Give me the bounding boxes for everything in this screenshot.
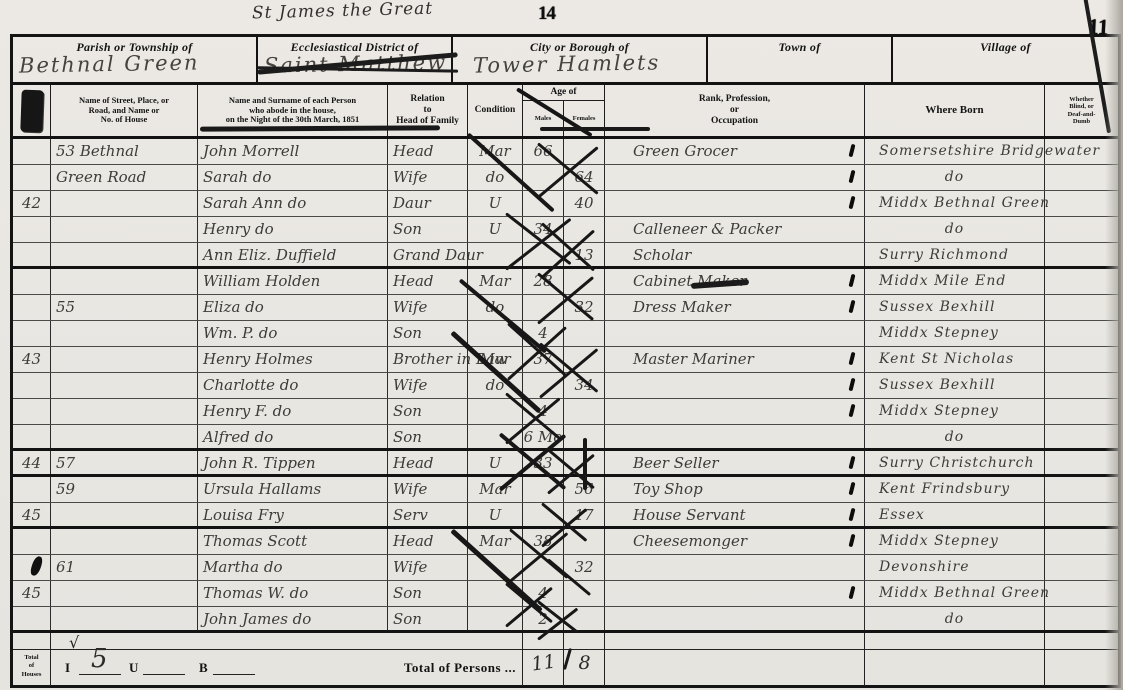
table-row: 45Thomas W. doSon4Middx Bethnal Green	[13, 581, 1118, 607]
cell-street	[51, 347, 198, 372]
cell-schedule-number: 43	[13, 347, 51, 372]
persons-total-males: 11	[522, 649, 566, 676]
cell-condition: U	[468, 503, 523, 526]
totals-row: Total of Houses I 5 U B Total of Persons…	[13, 650, 1118, 686]
cell-street	[51, 607, 198, 630]
village-cell: Village of	[893, 37, 1118, 82]
cell-schedule-number	[13, 607, 51, 630]
enumerator-tick-mark	[848, 144, 855, 158]
cell-name: Ursula Hallams	[198, 477, 388, 502]
pre-total-strip: √	[13, 633, 1118, 650]
cell-name: William Holden	[198, 269, 388, 294]
folio-number-center: 14	[538, 3, 555, 25]
cell-street	[51, 269, 198, 294]
cell-name: John Morrell	[198, 139, 388, 164]
cell-schedule-number: 44	[13, 451, 51, 474]
cell-occupation	[605, 191, 865, 216]
cell-schedule-number	[13, 165, 51, 190]
table-row: 42Sarah Ann doDaurU40Middx Bethnal Green	[13, 191, 1118, 217]
cell-relation: Wife	[388, 477, 468, 502]
cell-relation: Head	[388, 451, 468, 474]
cell-relation: Brother in Law	[388, 347, 468, 372]
cell-schedule-number	[13, 477, 51, 502]
cell-where-born: Somersetshire Bridgewater	[865, 139, 1045, 164]
uninhabited-letter: U	[129, 660, 138, 676]
cell-street	[51, 503, 198, 526]
table-row: 53 BethnalJohn MorrellHeadMar66Green Gro…	[13, 139, 1118, 165]
cell-name: Sarah do	[198, 165, 388, 190]
total-of-houses-label: Total of Houses	[13, 650, 51, 686]
table-row: Alfred doSon6 Modo	[13, 425, 1118, 451]
cell-occupation: Calleneer & Packer	[605, 217, 865, 242]
enumerator-tick-mark	[848, 482, 855, 496]
persons-total-females: 8	[564, 652, 605, 674]
cell-where-born: Surry Richmond	[865, 243, 1045, 266]
cell-relation: Head	[388, 269, 468, 294]
cell-where-born: do	[865, 425, 1045, 448]
cell-schedule-number	[13, 139, 51, 164]
cell-where-born: Middx Stepney	[865, 529, 1045, 554]
table-row: 43Henry HolmesBrother in LawMar37Master …	[13, 347, 1118, 373]
cell-occupation: Green Grocer	[605, 139, 865, 164]
cell-where-born: Middx Stepney	[865, 399, 1045, 424]
cell-occupation: Beer Seller	[605, 451, 865, 474]
enumerator-tick-mark	[848, 456, 855, 470]
cell-street	[51, 529, 198, 554]
town-cell: Town of	[708, 37, 893, 82]
cell-relation: Son	[388, 607, 468, 630]
parish-annotation: St James the Great	[252, 0, 434, 23]
cell-occupation	[605, 555, 865, 580]
cell-occupation	[605, 373, 865, 398]
cell-schedule-number	[13, 269, 51, 294]
cell-where-born: Essex	[865, 503, 1045, 526]
parish-value: Bethnal Green	[19, 50, 200, 77]
cell-relation: Wife	[388, 165, 468, 190]
cell-age-females	[564, 399, 605, 424]
enumerator-tick-mark	[848, 352, 855, 366]
cell-street: Green Road	[51, 165, 198, 190]
enumerator-tick-mark	[848, 508, 855, 522]
inhabited-letter: I	[65, 660, 70, 676]
cell-condition: U	[468, 451, 523, 474]
cell-where-born: Middx Mile End	[865, 269, 1045, 294]
inhabited-total-value: 5	[91, 644, 108, 674]
cell-street: 61	[51, 555, 198, 580]
cell-age-females	[564, 581, 605, 606]
parish-cell: Parish or Township of Bethnal Green	[13, 37, 258, 82]
cell-name: Sarah Ann do	[198, 191, 388, 216]
enumerator-tick-mark	[848, 196, 855, 210]
table-row: Henry F. doSon4Middx Stepney	[13, 399, 1118, 425]
cell-where-born: Middx Stepney	[865, 321, 1045, 346]
enumerator-tick-mark	[848, 170, 855, 184]
cell-schedule-number	[13, 243, 51, 266]
cell-relation: Son	[388, 399, 468, 424]
cell-name: Charlotte do	[198, 373, 388, 398]
enumerator-tick-mark	[848, 404, 855, 418]
cell-schedule-number: 42	[13, 191, 51, 216]
census-scan-page: St James the Great 14 11 Parish or Towns…	[0, 0, 1123, 690]
cell-street	[51, 217, 198, 242]
cell-relation: Son	[388, 581, 468, 606]
cell-occupation	[605, 399, 865, 424]
cell-relation: Son	[388, 217, 468, 242]
cell-occupation	[605, 165, 865, 190]
cell-schedule-number	[13, 321, 51, 346]
cell-occupation	[605, 321, 865, 346]
cell-street: 53 Bethnal	[51, 139, 198, 164]
cell-where-born: do	[865, 607, 1045, 630]
cell-occupation: Master Mariner	[605, 347, 865, 372]
cell-street	[51, 373, 198, 398]
enumerator-tick-mark	[848, 378, 855, 392]
cell-street	[51, 243, 198, 266]
city-borough-value: Tower Hamlets	[473, 50, 661, 77]
cell-relation: Wife	[388, 373, 468, 398]
cell-occupation	[605, 425, 865, 448]
cell-street	[51, 581, 198, 606]
enumerator-tick-mark	[848, 534, 855, 548]
cell-name: Louisa Fry	[198, 503, 388, 526]
cell-occupation: Toy Shop	[605, 477, 865, 502]
table-row: Wm. P. doSon4Middx Stepney	[13, 321, 1118, 347]
cell-condition: U	[468, 191, 523, 216]
cell-name: Wm. P. do	[198, 321, 388, 346]
cell-where-born: Surry Christchurch	[865, 451, 1045, 474]
cell-where-born: do	[865, 217, 1045, 242]
enumerator-tick-mark	[848, 586, 855, 600]
cell-where-born: Sussex Bexhill	[865, 295, 1045, 320]
cell-name: Thomas Scott	[198, 529, 388, 554]
cell-where-born: Devonshire	[865, 555, 1045, 580]
cell-where-born: do	[865, 165, 1045, 190]
cell-where-born: Kent Frindsbury	[865, 477, 1045, 502]
cell-street: 57	[51, 451, 198, 474]
cell-occupation	[605, 607, 865, 630]
total-of-persons-label: Total of Persons ...	[404, 660, 516, 676]
cell-occupation: Cabinet Maker	[605, 269, 865, 294]
cell-name: Henry F. do	[198, 399, 388, 424]
cell-street	[51, 425, 198, 448]
cell-relation: Wife	[388, 295, 468, 320]
cell-age-females: 34	[564, 373, 605, 398]
census-table: Parish or Township of Bethnal Green Eccl…	[10, 34, 1121, 688]
cell-name: Henry do	[198, 217, 388, 242]
houses-total-line: I 5 U B Total of Persons ... 11 8	[51, 650, 1118, 686]
cell-occupation: Dress Maker	[605, 295, 865, 320]
cell-schedule-number	[13, 399, 51, 424]
page-edge-shadow	[1105, 0, 1123, 690]
enumerator-tick-mark	[848, 274, 855, 288]
place-header-band: Parish or Township of Bethnal Green Eccl…	[13, 37, 1118, 85]
cell-schedule-number	[13, 295, 51, 320]
cell-relation: Serv	[388, 503, 468, 526]
cell-street	[51, 321, 198, 346]
cell-street: 55	[51, 295, 198, 320]
tally-mark	[583, 438, 587, 490]
census-body: 53 BethnalJohn MorrellHeadMar66Green Gro…	[13, 139, 1118, 633]
cell-relation: Grand Daur	[388, 243, 468, 266]
cell-name: Thomas W. do	[198, 581, 388, 606]
cell-schedule-number: 45	[13, 581, 51, 606]
cell-where-born: Middx Bethnal Green	[865, 191, 1045, 216]
schedule-header-smudge	[20, 89, 43, 132]
building-letter: B	[199, 660, 208, 676]
schedule-column-header	[13, 85, 51, 136]
cell-street	[51, 399, 198, 424]
city-borough-cell: City or Borough of Tower Hamlets	[453, 37, 708, 82]
village-label: Village of	[893, 37, 1118, 55]
street-column-header: Name of Street, Place, or Road, and Name…	[51, 85, 198, 136]
cell-name: Martha do	[198, 555, 388, 580]
cell-occupation: Cheesemonger	[605, 529, 865, 554]
condition-column-header: Condition	[468, 85, 523, 136]
where-born-column-header: Where Born	[865, 85, 1045, 136]
cell-where-born: Kent St Nicholas	[865, 347, 1045, 372]
ecclesiastical-district-value-struck: Saint Matthew	[264, 50, 447, 77]
cell-name: Eliza do	[198, 295, 388, 320]
cell-relation: Head	[388, 139, 468, 164]
table-row: 59Ursula HallamsWifeMar56Toy ShopKent Fr…	[13, 477, 1118, 503]
cell-where-born: Middx Bethnal Green	[865, 581, 1045, 606]
cell-name: Alfred do	[198, 425, 388, 448]
cell-name: Henry Holmes	[198, 347, 388, 372]
cell-age-females: 40	[564, 191, 605, 216]
cell-occupation	[605, 581, 865, 606]
cell-schedule-number: 45	[13, 503, 51, 526]
cell-name: John R. Tippen	[198, 451, 388, 474]
cell-schedule-number	[13, 217, 51, 242]
cell-relation: Daur	[388, 191, 468, 216]
cell-where-born: Sussex Bexhill	[865, 373, 1045, 398]
cell-street: 59	[51, 477, 198, 502]
town-label: Town of	[708, 37, 891, 55]
cell-age-females	[564, 321, 605, 346]
table-row: John James doSon2do	[13, 607, 1118, 633]
enumerator-tick-mark	[848, 300, 855, 314]
cell-relation: Son	[388, 425, 468, 448]
cell-occupation: House Servant	[605, 503, 865, 526]
cell-schedule-number	[13, 373, 51, 398]
cell-name: Ann Eliz. Duffield	[198, 243, 388, 266]
cell-relation: Wife	[388, 555, 468, 580]
cell-condition: Mar	[468, 477, 523, 502]
table-row: William HoldenHeadMar28Cabinet MakerMidd…	[13, 269, 1118, 295]
ink-smear	[540, 127, 650, 131]
cell-street	[51, 191, 198, 216]
ecclesiastical-district-cell: Ecclesiastical District of Saint Matthew	[258, 37, 453, 82]
cell-occupation: Scholar	[605, 243, 865, 266]
cell-schedule-number	[13, 529, 51, 554]
cell-schedule-number	[13, 425, 51, 448]
cell-name: John James do	[198, 607, 388, 630]
